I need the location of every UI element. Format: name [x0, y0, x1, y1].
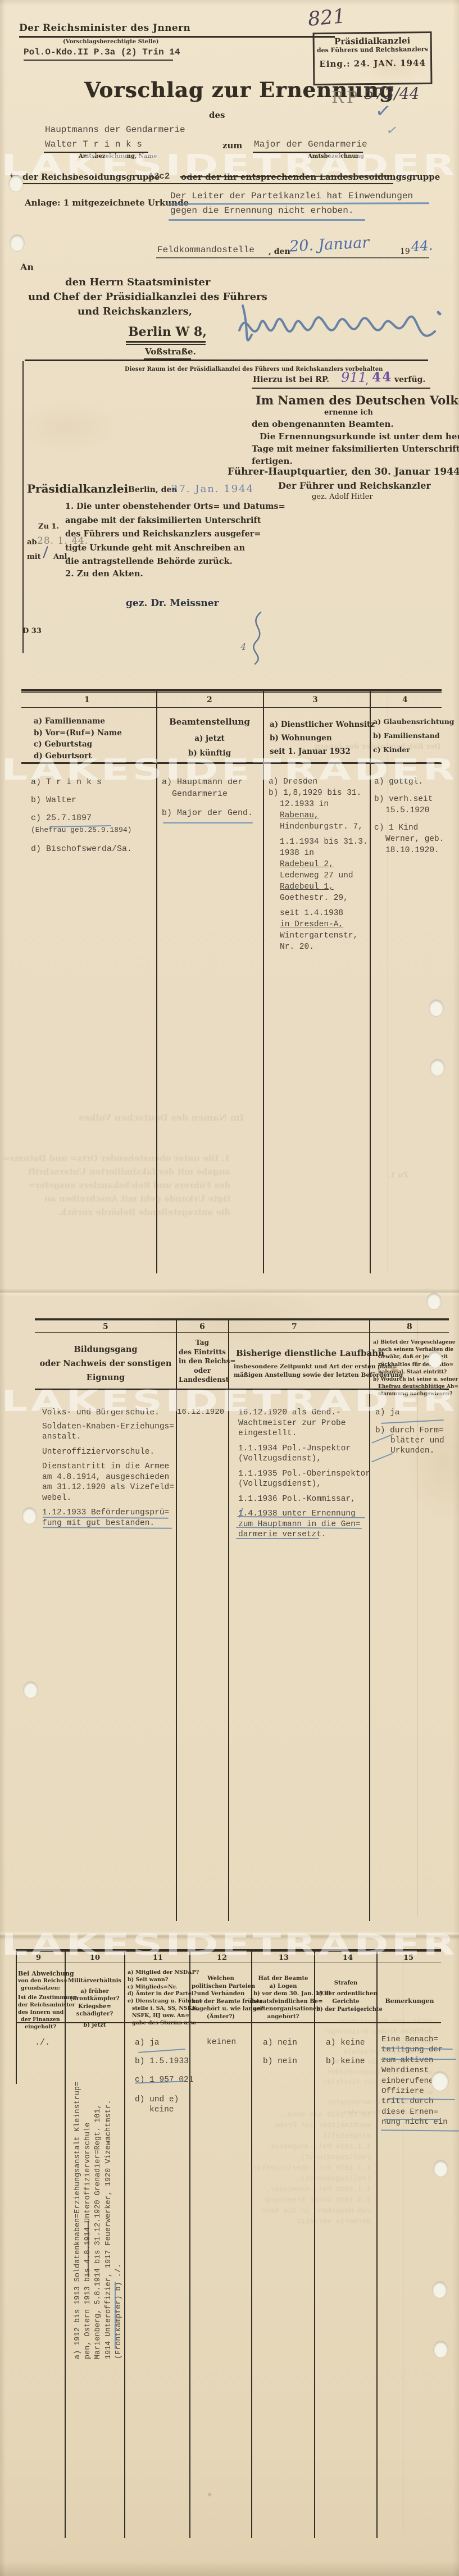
text-line: Welchen [192, 1975, 250, 1983]
text-line: 1938 in [280, 848, 367, 859]
table3-header-col15: Bemerkungen [379, 1997, 440, 2005]
text-line: a) Bietet der Vorgeschlagene [373, 1339, 446, 1346]
text-line: des Führers und Reichskanzlers ausgefer= [45, 1178, 230, 1192]
stamp-line1: Präsidialkanzlei [315, 35, 430, 47]
text-line: 1.12.1933 Beförderungsprü= [303, 2097, 433, 2108]
text-line: Wachtmeister zur Probe [238, 1418, 369, 1429]
text-line: Eignung [39, 1371, 172, 1385]
text-line: a) jetzt [162, 731, 257, 746]
text-line: b) verh.seit [374, 794, 442, 805]
document-scan: 1. Die unter obenstehender Orts= und Dat… [0, 0, 459, 2576]
watermark-text: LAKESIDETRADER [0, 1928, 459, 1961]
pay-group-value: A2c2 [148, 171, 170, 181]
text-line: keine [149, 2105, 189, 2115]
table3-cell-military-rotated: a) 1912 bis 1913 Soldatenknaben=Erziehun… [73, 2043, 124, 2359]
sender-title: Der Reichsminister des Jnnern [19, 22, 190, 34]
text-line: a) Logen [253, 1983, 313, 1991]
text-line: pen, Ostern 1913 bis 4.8.1914 Unteroffiz… [83, 2043, 93, 2359]
punch-hole [429, 1000, 443, 1016]
punch-hole [24, 1682, 38, 1698]
gez-meissner: gez. Dr. Meissner [126, 598, 219, 609]
text-line: die antragstellende Behörde zurück. [65, 555, 245, 569]
blue-underline [169, 202, 429, 204]
table2-cell-loyalty: a) jab) durch Form=blätter undUrkunden. [375, 1408, 446, 1456]
text-line: und Verbänden [192, 1990, 250, 1998]
text-line: a) Dienstlicher Wohnsitz [270, 718, 368, 731]
text-line: Unteroffiziervorschule. [303, 2047, 433, 2057]
text-line: 1.1.1936 Pol.-Kommissar, [239, 2184, 371, 2195]
label-an: An [20, 262, 34, 272]
text-line: Gendarmerie [172, 788, 258, 800]
disposition-item1: 1. Die unter obenstehender Orts= und Dat… [65, 500, 245, 569]
text-line: Marienberg, 5.8.1914 bis 31.12.1920 Gren… [93, 2043, 103, 2359]
text-line: Gerichte [316, 1998, 375, 2006]
text-line: 16.12.1920 als Gend.- [238, 1408, 369, 1418]
punch-hole [428, 1351, 442, 1368]
col-number: 10 [90, 1954, 100, 1962]
text-line: in den Reichs= [179, 1357, 226, 1366]
text-line: c) 1 957 021 [135, 2075, 189, 2085]
text-line: Werner, geb. [385, 834, 442, 845]
text-line: eingestellt. [238, 1428, 369, 1439]
table3-divider [251, 1949, 252, 2538]
text-line: a) T r i n k s [31, 776, 152, 788]
text-line: (Frontkämpfer? [67, 1995, 122, 2003]
punch-hole [433, 2282, 447, 2298]
typed-underline-vertical [88, 2221, 89, 2277]
text-line: b) der Parteigerichte [316, 2006, 375, 2014]
rule [252, 388, 430, 389]
text-line: 1. Die unter obenstehender Orts= und Dat… [65, 500, 245, 514]
bleedthrough-text: 16.12.1920 als Gend.-Wachtmeister zur Pr… [239, 2109, 371, 2227]
text-line: 1. Die unter obenstehender Orts= und Dat… [45, 1152, 230, 1165]
rule [44, 152, 148, 153]
text-line: a) Dresden [269, 776, 367, 788]
text-line: Ledenweg 27 und [280, 870, 367, 881]
text-line: c) Geburtstag [34, 739, 152, 750]
text-line: Dienstantritt in die Armee [303, 2057, 433, 2067]
bleedthrough-text: Zu 1. [388, 1171, 408, 1180]
table2-header-col5: Bildungsgangoder Nachweis der sonstigenE… [39, 1342, 172, 1385]
text-line: Volks- und Bürgerschule. [303, 2017, 433, 2027]
file-reference: Pol.O-Kdo.II P.3a (2) Trin 14 [24, 47, 180, 57]
text-line: Volks- und Bürgerschule. [42, 1408, 176, 1418]
text-line: Unteroffiziervorschule. [42, 1447, 176, 1458]
text-line: (Vollzugsdienst), [239, 2173, 371, 2184]
margin-zu1: Zu 1. [38, 522, 59, 531]
address-line2: und Chef der Präsidialkanzlei des Führer… [28, 291, 267, 303]
page-crease [0, 1931, 459, 1940]
col-number: 2 [207, 695, 212, 704]
col-number: 9 [36, 1954, 41, 1962]
table2-cell-career: 16.12.1920 als Gend.-Wachtmeister zur Pr… [238, 1408, 369, 1540]
table2-header-col7-title: Bisherige dienstliche Laufbahn [236, 1348, 366, 1358]
margin-date-stamp: 28. 1. 44. [37, 535, 88, 547]
text-line: 15.5.1920 [385, 805, 442, 816]
text-line: seit 1.4.1938 [280, 908, 367, 919]
text-line: Bildungsgang [39, 1342, 172, 1357]
punch-hole [434, 2341, 448, 2357]
blue-underline [236, 1538, 319, 1539]
text-line: b) Wodurch ist seine u. seiner [373, 1376, 446, 1383]
text-line: d) Bischofswerda/Sa. [31, 843, 152, 855]
meissner-paraph [240, 610, 274, 666]
text-line: Strafen [316, 1979, 375, 1987]
text-line: Bei Abweichung [18, 1970, 63, 1978]
text-line: 1.1.1935 Pol.-Oberinspektor [238, 1469, 369, 1480]
table1-header-col2: a) jetztb) künftig [162, 731, 257, 761]
table2-header-rule [35, 1389, 449, 1390]
text-line: staatsfeindlichen Be= [253, 1998, 313, 2006]
margin-anl: Anl. [53, 553, 70, 561]
text-line: Urkunden. [390, 1446, 446, 1456]
punch-hole [430, 1059, 444, 1076]
bleedthrough-text: Der Reichsminister des Jnnern [315, 743, 441, 751]
text-line: a) ja [135, 2038, 189, 2048]
fhq-dateline: Führer-Hauptquartier, den 30. Januar 194… [228, 466, 459, 477]
punch-hole [9, 175, 23, 192]
text-line: d) und e) [135, 2095, 189, 2105]
text-line: insbesondere Zeitpunkt und Art der erste… [234, 1363, 367, 1371]
punch-hole [427, 1293, 441, 1309]
stamp-line2: des Führers und Reichskanzlers [315, 45, 430, 54]
text-line: (Vollzugsdienst), [238, 1454, 369, 1464]
text-line: b) künftig [162, 746, 257, 761]
text-line: fung mit gut bestanden. [303, 2108, 433, 2118]
col-number: 5 [103, 1322, 108, 1331]
table3-header-col10: Militärverhältnisa) früher(Frontkämpfer?… [67, 1977, 122, 2029]
table3-header-col13: Hat der Beamtea) Logenb) vor dem 30. Jan… [253, 1975, 313, 2020]
text-line: 1.1.1934 bis 31.3. [280, 836, 367, 848]
text-line: 1.1.1934 Pol.-Jnspektor [238, 1444, 369, 1454]
form-code: D 33 [22, 627, 42, 635]
text-line: am 4.8.1914, ausgeschieden [303, 2067, 433, 2077]
beamten-line: den obengenannten Beamten. [252, 419, 394, 429]
text-line: 1914 Unteroffizier, 1917 Feuerwerker, 19… [104, 2043, 114, 2359]
text-line: Wintergartenstr, [280, 930, 367, 941]
text-line: (Vollzugsdienst), [238, 1479, 369, 1490]
handwritten-year: 44. [411, 238, 433, 255]
text-line: nalsozial. Staat eintritt? [378, 1369, 446, 1376]
text-line: 1.1.1936 Pol.-Kommissar, [238, 1494, 369, 1505]
col-number: 13 [279, 1954, 289, 1962]
text-line: am 31.12.1920 als Vizefeld= [42, 1482, 176, 1493]
text-line: mäßigen Anstellung sowie der letzten Bef… [234, 1371, 367, 1380]
table2-top-rule2 [35, 1321, 449, 1321]
text-line: a) 1912 bis 1913 Soldatenknaben=Erziehun… [73, 2043, 83, 2359]
table1-header-col1: a) Familiennameb) Vor=(Ruf=) Namec) Gebu… [34, 716, 152, 762]
text-line: b) Familienstand [373, 729, 440, 743]
punch-hole [10, 235, 24, 251]
left-bracket-rule [22, 361, 24, 653]
page-crease [0, 1289, 459, 1296]
label-den: , den [269, 247, 290, 256]
text-line: a) Glaubensrichtung [373, 714, 440, 729]
urkunde-line3: fertigen. [252, 456, 293, 466]
blue-underline [169, 219, 365, 221]
text-line: d) Ämter in der Partei? [128, 1991, 188, 1998]
margin-mit: mit [27, 553, 41, 561]
text-line: Wachtmeister zur Probe [239, 2120, 371, 2131]
text-line: b) Vor=(Ruf=) Name [34, 727, 152, 739]
text-line: des Innern und [18, 2009, 63, 2017]
blue-underline [163, 822, 253, 823]
text-line: b) Seit wann? [128, 1977, 188, 1984]
text-line: (Vollzugsdienst), [239, 2152, 371, 2163]
text-line: a) der ordentlichen [316, 1990, 375, 1998]
text-line: Landesdienst [179, 1375, 226, 1385]
text-line: a) ja [375, 1408, 446, 1418]
bleedthrough-text: Volks- und Bürgerschule.Soldaten-Knaben-… [303, 2017, 433, 2118]
rule [156, 257, 429, 258]
address-line1: den Herrn Staatsminister [65, 276, 210, 288]
berlin-den-label: Berlin, den [128, 485, 178, 494]
rule [126, 344, 206, 345]
table2-header-col6: Tagdes Eintrittsin den Reichs=oderLandes… [179, 1338, 226, 1385]
table1-divider [370, 689, 371, 1273]
text-line: grundsätzen: [18, 1985, 63, 1992]
text-line: zum Hauptmann in die Gen= [239, 2205, 371, 2216]
rp-number: 573/44 [364, 84, 420, 103]
text-line: blätter und [390, 1436, 446, 1446]
text-line: b) Major der Gend. [162, 807, 258, 819]
text-line: oder Nachweis der sonstigen [39, 1357, 172, 1371]
rule [21, 707, 442, 708]
table2-top-rule [35, 1318, 449, 1320]
text-line: tigte Urkunde geht mit Anschreiben an [45, 1192, 230, 1205]
place-line: Feldkommandostelle [157, 245, 255, 255]
text-line: Ist die Zustimmung [18, 1995, 63, 2002]
urkunde-line2: Tage mit meiner faksimilierten Unterschr… [252, 444, 459, 454]
text-line: schädigter? [67, 2010, 122, 2018]
fuehrer-line: Der Führer und Reichskanzler [278, 480, 431, 491]
text-line: b) 1.5.1933 [135, 2056, 189, 2067]
praesidialkanzlei-label: Präsidialkanzlei [27, 482, 128, 495]
col-number: 15 [403, 1954, 413, 1962]
rule [19, 36, 335, 38]
hierzu-number-handwritten: 911 [341, 370, 367, 385]
rule [253, 152, 363, 153]
punch-hole [434, 2160, 448, 2177]
text-line: 12.1933 in [280, 799, 367, 810]
text-line: des Führers und Reichskanzlers ausgefer= [65, 527, 245, 541]
col-number: 6 [199, 1322, 205, 1331]
urkunde-line1: Die Ernennungsurkunde ist unter dem heut… [260, 431, 459, 442]
text-line: Soldaten-Knaben-Erziehungs= [42, 1422, 176, 1432]
punch-hole [22, 1508, 37, 1524]
text-line: c) 1 Kind [374, 822, 442, 834]
himmler-signature [235, 276, 443, 372]
person-name: Walter T r i n k s [45, 139, 142, 149]
text-line: die antragstellende Behörde zurück. [45, 1205, 230, 1219]
text-line: c) 25.7.1897 [31, 812, 152, 824]
hierzu-suffix: verfüg. [394, 375, 425, 384]
table3-header-col12: Welchenpolitischen Parteienund Verbänden… [192, 1975, 250, 2020]
text-line: b) Walter [31, 794, 152, 806]
table3-divider [189, 1949, 190, 2538]
table2-cell-entry-date: 16.12.1920 [177, 1408, 224, 1417]
address-city: Berlin W 8, [128, 325, 207, 339]
check-mark-blue: ✓ [374, 99, 393, 124]
text-line: amtenorganisationen [253, 2005, 313, 2013]
table2-cell-education: Volks- und Bürgerschule.Soldaten-Knaben-… [42, 1408, 176, 1528]
table1-cell-position: a) Hauptmann derGendarmerieb) Major der … [162, 776, 258, 819]
col-number: 1 [84, 695, 90, 704]
text-line: politischen Parteien [192, 1983, 250, 1991]
text-line: NSFK, HJ usw. An= [132, 2013, 188, 2020]
year-printed: 19 [400, 247, 410, 256]
col-number: 12 [217, 1954, 227, 1962]
margin-ab: ab [27, 538, 37, 547]
pay-group-prefix: in der Reichsbesoldungsgruppe [10, 172, 160, 182]
table3-header-col11: a) Mitglied der NSDAP?b) Seit wann?c) Mi… [128, 1969, 188, 2027]
hierzu-separator: , [365, 373, 369, 386]
text-line: der Reichsminister [18, 2002, 63, 2009]
blue-underline [381, 2129, 459, 2131]
text-line: d) Geburtsort [34, 750, 152, 762]
text-line: a) Familienname [34, 716, 152, 727]
table1-header-col2-title: Beamtenstellung [162, 717, 257, 727]
text-line: angabe mit der faksimilierten Unterschri… [45, 1165, 230, 1178]
text-line: b) vor dem 30. Jan. 1933 [253, 1990, 313, 1998]
text-line: Militärverhältnis [67, 1977, 122, 1985]
text-line: (Ämter?) [192, 2013, 250, 2021]
col-number: 8 [407, 1322, 412, 1331]
punch-hole [431, 2072, 448, 2091]
bleedthrough-text: 1. Die unter obenstehender Orts= und Dat… [45, 1152, 230, 1219]
text-line: Soldaten-Knaben-Erziehungs= [303, 2027, 433, 2037]
text-line: Hindenburgstr. 7, [280, 821, 367, 832]
text-line: 1.1.1934 Pol.-Jnspektor [239, 2141, 371, 2152]
text-line: anstalt. [42, 1432, 176, 1442]
text-line: Kriegsbe= [67, 2003, 122, 2011]
gez-hitler: gez. Adolf Hitler [312, 493, 373, 501]
text-line: a) früher [67, 1988, 122, 1996]
label-zum: zum [222, 140, 242, 151]
check-mark-blue: ✓ [385, 121, 399, 139]
receipt-stamp: Präsidialkanzlei des Führers und Reichsk… [313, 31, 433, 85]
ernenne-ich: ernenne ich [324, 408, 373, 417]
table1-cell-name: a) T r i n k sb) Walterc) 25.7.1897(Ehef… [31, 776, 152, 855]
table3-left-rule [16, 1949, 17, 2084]
bleedthrough-text: Im Namen des Deutschen Volkes [79, 1112, 244, 1123]
table2-divider [228, 1318, 229, 1921]
text-line: 1.1.1935 Pol.-Oberinspektor [239, 2163, 371, 2173]
text-line: b) durch Form= [375, 1426, 446, 1436]
text-line: stammung nachgewiesen? [378, 1391, 446, 1398]
blue-underline-vertical [115, 2282, 116, 2349]
handwritten-stroke [43, 546, 48, 558]
col-number: 14 [343, 1954, 353, 1962]
table1-cell-family: a) gottgl.b) verh.seit15.5.1920c) 1 Kind… [374, 776, 442, 856]
address-street: Voßstraße. [145, 347, 196, 357]
table3-divider [124, 1949, 125, 2538]
rule [11, 183, 393, 184]
rule [35, 1332, 449, 1333]
text-line: am 31.12.1920 als Vizefeld= [303, 2077, 433, 2087]
table1-top-rule2 [21, 691, 442, 693]
text-line: hat der Beamte früher [192, 1998, 250, 2006]
new-rank-caption: Amtsbezeichnung [308, 153, 364, 160]
text-line: in Dresden-A, [280, 919, 367, 930]
partei-note-line2: gegen die Ernennung nicht erhoben. [170, 206, 353, 216]
sender-caption: (Vorschlagsberechtigte Stelle) [63, 39, 159, 45]
table1-top-rule [21, 689, 442, 691]
text-line: Rabenau, [280, 810, 367, 821]
text-line: Hat der Beamte [253, 1975, 313, 1983]
table3-cell-deviation: ./. [35, 2038, 50, 2047]
hierzu-label: Hierzu ist bei RP. [253, 375, 329, 384]
rule [126, 341, 206, 343]
text-line: am 4.8.1914, ausgeschieden [42, 1472, 176, 1483]
text-line: eingeholt? [18, 2024, 63, 2031]
text-line: a) gottgl. [374, 776, 442, 788]
im-namen-title: Im Namen des Deutschen Volkes [256, 393, 459, 407]
address-line3: und Reichskanzlers, [78, 306, 192, 317]
text-line: c) Mitglieds=Nr. [128, 1984, 188, 1991]
text-line: e) Dienstrang u. Führer= [128, 1998, 188, 2005]
name-caption: Amtsbezeichnung, Name [79, 153, 157, 160]
text-line: a) Mitglied der NSDAP? [128, 1969, 188, 1977]
disposition-item2: 2. Zu den Akten. [65, 568, 143, 579]
text-line: webel. [303, 2087, 433, 2097]
text-line: darmerie versetzt. [239, 2216, 371, 2227]
col-number: 4 [402, 695, 408, 704]
current-rank: Hauptmanns der Gendarmerie [45, 125, 185, 135]
table3-header-col14: Strafena) der ordentlichenGerichteb) der… [316, 1979, 375, 2014]
rule [24, 60, 173, 61]
text-line: Tag [179, 1338, 226, 1348]
text-line: tigte Urkunde geht mit Anschreiben an [65, 541, 245, 556]
table1-header-rule [21, 762, 442, 764]
text-line: Goethestr. 29, [280, 893, 367, 904]
text-line: des Eintritts [179, 1348, 226, 1357]
text-line: Radebeul 1, [280, 881, 367, 893]
date-stamp-blue: 27. Jan. 1944 [171, 483, 254, 495]
handwritten-date: 20. Januar [289, 234, 370, 255]
text-line: von den Reichs= [18, 1978, 63, 1985]
table2-header-col7-sub: insbesondere Zeitpunkt und Art der erste… [234, 1363, 367, 1380]
blue-underline [384, 2119, 440, 2120]
table2-divider [369, 1318, 370, 1921]
col-number: 11 [153, 1954, 163, 1962]
text-line: b) 1,8,1929 bis 31. [269, 788, 367, 799]
text-line: eingestellt. [239, 2131, 371, 2141]
handwritten-page-number: 821 [307, 5, 346, 31]
stamp-date: Eing.: 24. JAN. 1944 [315, 58, 430, 69]
rp-label: RP [331, 88, 360, 107]
blue-underline [43, 1527, 172, 1529]
anlage-note: Anlage: 1 mitgezeichnete Urkunde [25, 198, 189, 208]
text-line: 1.4.1938 unter Ernennung [239, 2195, 371, 2205]
text-line: a) Hauptmann der [162, 776, 258, 788]
text-line: stelle i. SA, SS, NSKK, [132, 2005, 188, 2013]
table1-cell-residence: a) Dresdenb) 1,8,1929 bis 31.12.1933 inR… [269, 776, 367, 953]
col-number: 7 [292, 1322, 297, 1331]
partei-note-line1: Der Leiter der Parteikanzlei hat Einwend… [170, 191, 413, 201]
text-line: angabe mit der faksimilierten Unterschri… [65, 514, 245, 528]
table3-divider [65, 1949, 66, 2538]
label-des: des [209, 110, 225, 120]
text-line: oder [179, 1366, 226, 1376]
table1-header-col3: a) Dienstlicher Wohnsitzb) Wohnungenseit… [270, 718, 368, 758]
text-line: Nr. 20. [280, 941, 367, 953]
text-line: Radebeul 2, [280, 859, 367, 870]
text-line: 18.10.1920. [385, 845, 442, 856]
col-number: 3 [312, 695, 318, 704]
text-line: anstalt. [303, 2037, 433, 2047]
text-line: webel. [42, 1493, 176, 1504]
